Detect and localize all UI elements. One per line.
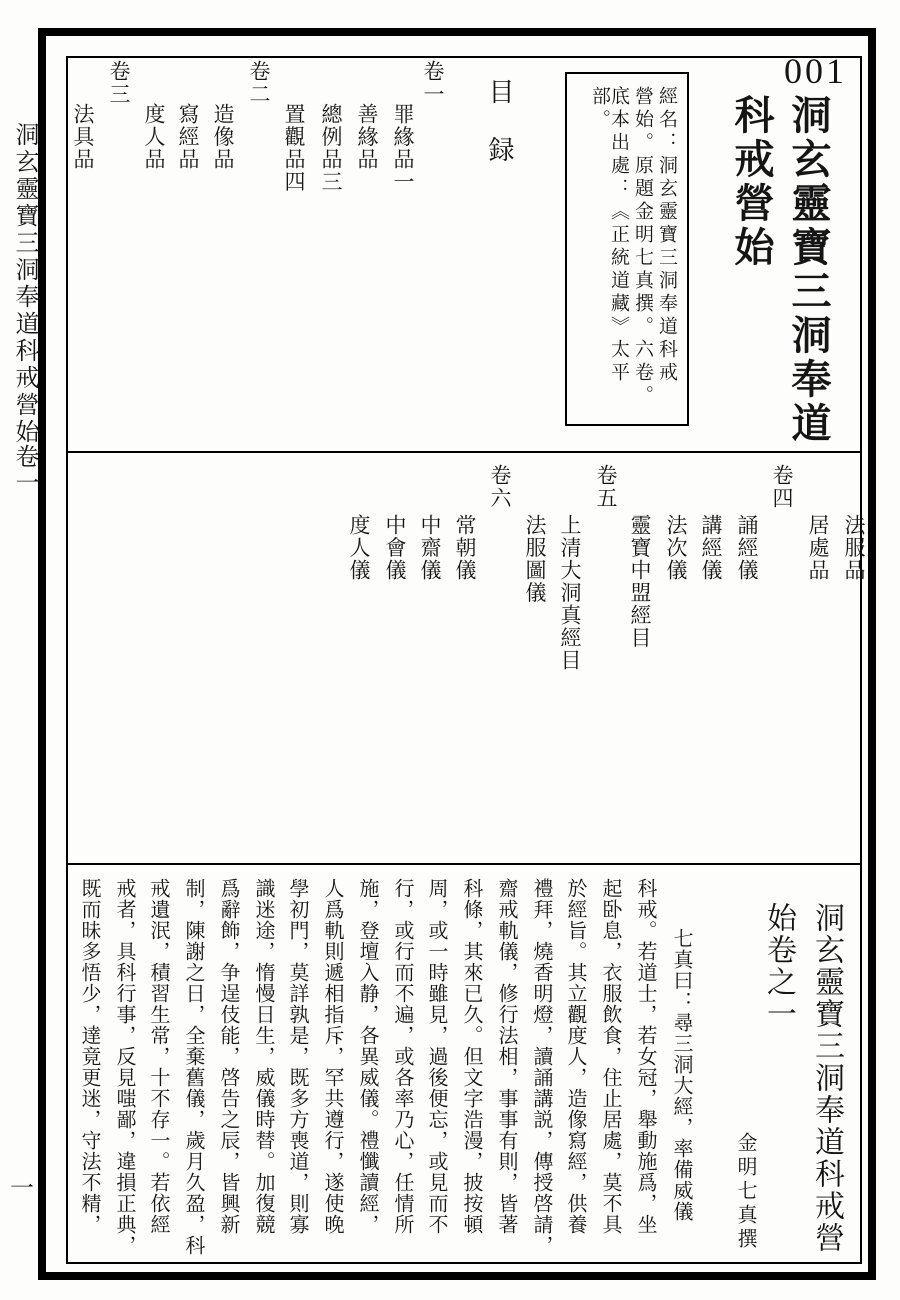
body-column: 科條，其來已久。但文字浩漫，披按頓	[461, 878, 481, 1235]
body-column: 制，陳謝之日，全棄舊儀，歲月久盈，科	[183, 878, 203, 1256]
toc-title: 目録	[486, 78, 512, 194]
toc-item: 度人品	[143, 103, 164, 171]
body-subtitle: 始卷之一	[763, 902, 793, 1030]
toc-item: 中會儀	[384, 514, 405, 582]
section-divider-bottom	[68, 863, 860, 865]
scanned-page: 洞玄靈寶三洞奉道科戒營始 卷一 一 001 洞玄靈寶三洞奉道 科戒營始 經名：洞…	[0, 0, 900, 1300]
toc-item: 中齋儀	[419, 514, 440, 582]
toc-item: 誦經儀	[736, 514, 757, 582]
body-column: 起卧息，衣服飲食，住止居處，莫不具	[600, 878, 620, 1235]
toc-vol1-label: 卷一	[422, 60, 443, 106]
toc-item: 法服圖儀	[524, 514, 545, 604]
body-column: 識迷途，惰慢日生，威儀時替。加復競	[253, 878, 273, 1235]
toc-item: 總例品三	[320, 103, 341, 193]
toc-item: 置觀品四	[283, 103, 304, 193]
source-note-line: 底本出處：《正統道藏》太平部。	[590, 86, 628, 412]
source-note: 經名：洞玄靈寶三洞奉道科戒 營始。原題金明七真撰。六卷。 底本出處：《正統道藏》…	[567, 74, 687, 424]
body-column: 戒遺泯，積習生常，十不存一。若依經	[148, 878, 168, 1235]
source-note-line: 營始。原題金明七真撰。六卷。	[633, 86, 652, 412]
section-divider-top	[68, 451, 860, 453]
body-author: 金明七真撰	[735, 1132, 755, 1252]
toc-item: 法次儀	[665, 514, 686, 582]
body-column: 禮拜，燒香明燈，讀誦講説，傳授啓請，	[531, 878, 551, 1256]
spine-title: 洞玄靈寶三洞奉道科戒營始	[12, 122, 36, 446]
folio-page-number: 一	[10, 1168, 34, 1203]
body-column: 戒者，具科行事，反見嗤鄙，違損正典，	[114, 878, 134, 1256]
doc-title-line-2: 科戒營始	[731, 94, 771, 270]
toc-vol6-label: 卷六	[489, 464, 510, 510]
body-column: 周，或一時雖見，過後便忘，或見而不	[426, 878, 446, 1235]
body-column: 施，登壇入静，各異威儀。禮懺讀經，	[357, 878, 377, 1235]
doc-number: 001	[784, 50, 847, 92]
body-column: 科戒。若道士，若女冠，舉動施爲，坐	[635, 878, 655, 1235]
body-column: 齋戒軌儀，修行法相，事事有則，皆著	[496, 878, 516, 1235]
body-column: 既而昧多悟少，達竟更迷，守法不精，	[79, 878, 99, 1235]
toc-vol4-label: 卷四	[771, 464, 792, 510]
body-column: 學初門，莫詳孰是，既多方喪道，則寡	[287, 878, 307, 1235]
toc-item: 善緣品	[356, 103, 377, 171]
toc-item: 講經儀	[700, 514, 721, 582]
toc-item: 造像品	[212, 103, 233, 171]
doc-title-line-1: 洞玄靈寶三洞奉道	[788, 94, 828, 446]
body-column: 行，或行而不遍，或各率乃心，任情所	[392, 878, 412, 1235]
toc-item: 法服品	[843, 514, 864, 582]
source-note-box: 經名：洞玄靈寶三洞奉道科戒 營始。原題金明七真撰。六卷。 底本出處：《正統道藏》…	[565, 72, 689, 426]
body-title: 洞玄靈寶三洞奉道科戒營	[811, 902, 841, 1254]
toc-item: 靈寶中盟經目	[629, 514, 650, 649]
toc-item: 度人儀	[348, 514, 369, 582]
toc-vol5-label: 卷五	[595, 464, 616, 510]
body-column: 爲辭飾，争逞伎能，啓告之辰，皆興新	[218, 878, 238, 1235]
body-column: 人爲軌則遞相指斥，罕共遵行，遂使晚	[322, 878, 342, 1235]
body-column: 於經旨。其立觀度人，造像寫經，供養	[565, 878, 585, 1235]
toc-vol2-label: 卷二	[248, 60, 269, 106]
toc-item: 上清大洞真經目	[559, 514, 580, 672]
toc-item: 常朝儀	[454, 514, 475, 582]
toc-item: 法具品	[72, 103, 93, 171]
toc-item: 罪緣品一	[392, 103, 413, 193]
source-note-line: 經名：洞玄靈寶三洞奉道科戒	[657, 86, 676, 412]
toc-item: 寫經品	[177, 103, 198, 171]
toc-vol3-label: 卷三	[108, 60, 129, 106]
toc-item: 居處品	[807, 514, 828, 582]
body-column: 七真曰：尋三洞大經，率備威儀	[671, 928, 691, 1222]
spine-volume-label: 卷一	[12, 444, 36, 496]
